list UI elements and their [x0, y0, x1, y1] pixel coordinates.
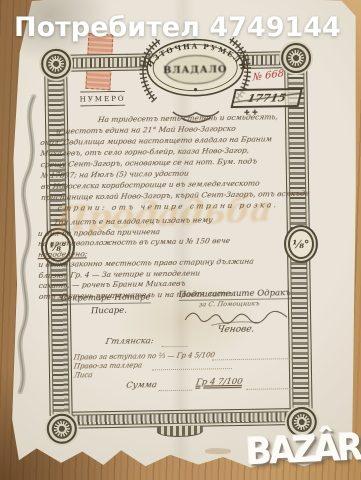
fee-sum-label: Сумма: [125, 380, 157, 391]
document-paper: ⅛° ⅛° ИЗТОЧНА РУМЕЛИЯ: [5, 0, 360, 479]
serial-number-box: 17715: [230, 88, 302, 108]
numero-label: НУМЕРО: [80, 94, 126, 103]
fee-sum-value: Гр 4 7/100: [195, 377, 243, 388]
fee-line-3: Лиса: [73, 371, 93, 379]
fee-line-1: Право за вступало по ⅔ — Гр 4 5/100: [73, 351, 215, 361]
fee-leader-line: [152, 367, 232, 370]
stain-speck: [205, 448, 231, 454]
fee-leader-line: [162, 345, 188, 347]
fee-leader-line: [246, 387, 294, 390]
emblem-center-text: ВЛАДАЛО: [163, 64, 227, 76]
fee-line-2: Право-за таллера: [73, 362, 142, 371]
signature-left-sub: Писаре.: [91, 306, 127, 317]
bazar-watermark: BAZÂR: [245, 426, 361, 474]
user-overlay-label: Потребител 4749144: [14, 12, 341, 43]
fee-leader-line: [158, 389, 192, 392]
numero-box: НУМЕРО: [76, 91, 130, 107]
handwritten-clause: Тоя листъ е на владалецъ изданъ нему и о…: [38, 214, 301, 302]
certificate-content: ⅛° ⅛° ИЗТОЧНА РУМЕЛИЯ: [27, 40, 325, 449]
fee-field-label: Гтлянска:: [105, 336, 155, 347]
serial-number: 17715: [246, 91, 287, 105]
handwritten-body: На тридесетъ петь степень и осмьдесять, …: [40, 111, 300, 214]
listing-photo: ⅛° ⅛° ИЗТОЧНА РУМЕЛИЯ: [0, 0, 361, 480]
bottom-center-ornament: [157, 426, 203, 438]
signature-right-name: Ченове.: [216, 325, 255, 336]
corner-rosette-bottom-left: [47, 414, 77, 444]
fee-leader-line: [212, 357, 294, 360]
